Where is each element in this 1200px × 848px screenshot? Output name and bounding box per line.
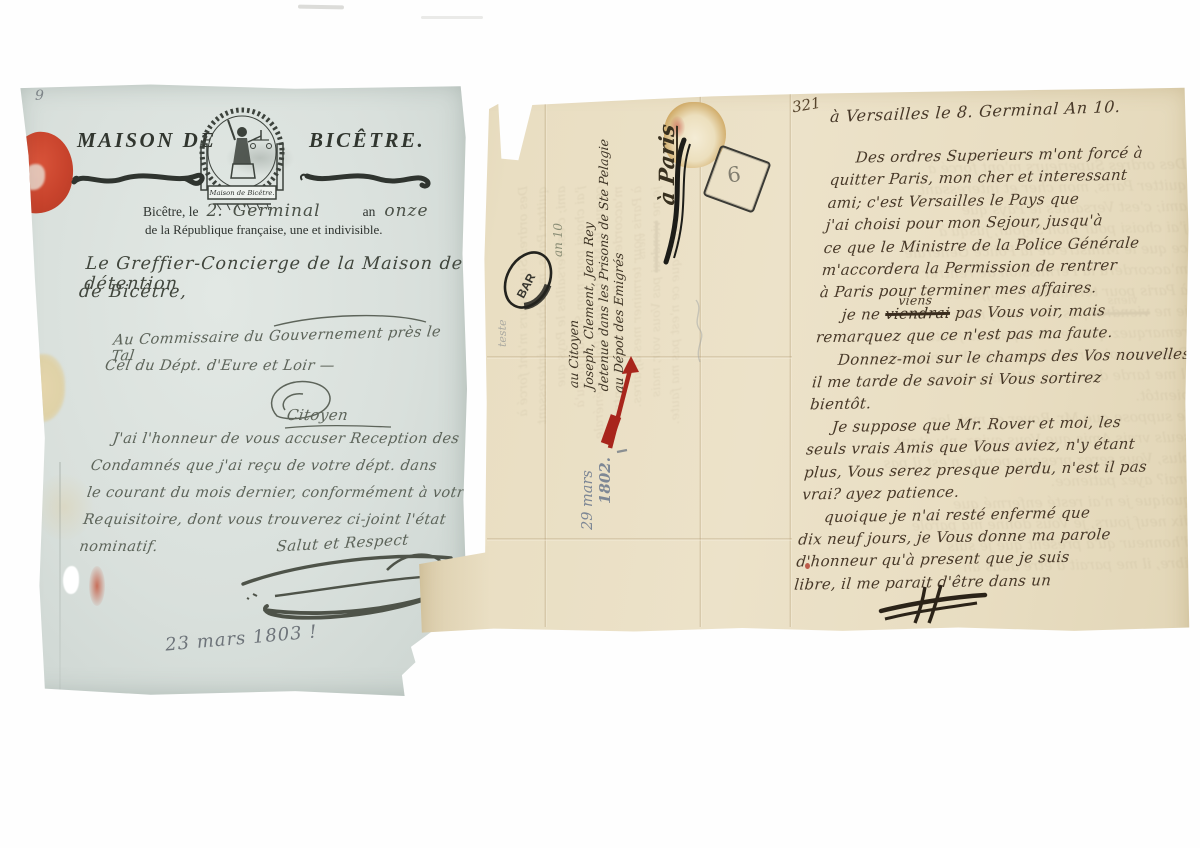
- bicetre-letter: 9 MAISON DE BICÊTRE. Maison de Bicêtre.: [15, 82, 467, 696]
- scanned-documents-stage: 9 MAISON DE BICÊTRE. Maison de Bicêtre.: [0, 0, 1200, 848]
- versailles-letter: Des ordres Superieurs m'ont forcé àquitt…: [418, 86, 1190, 662]
- scanner-artifact-1: [298, 5, 344, 10]
- scanner-artifact-2: [421, 16, 483, 19]
- left-edge-shading: [15, 82, 467, 696]
- right-edge-shading: [418, 86, 1190, 662]
